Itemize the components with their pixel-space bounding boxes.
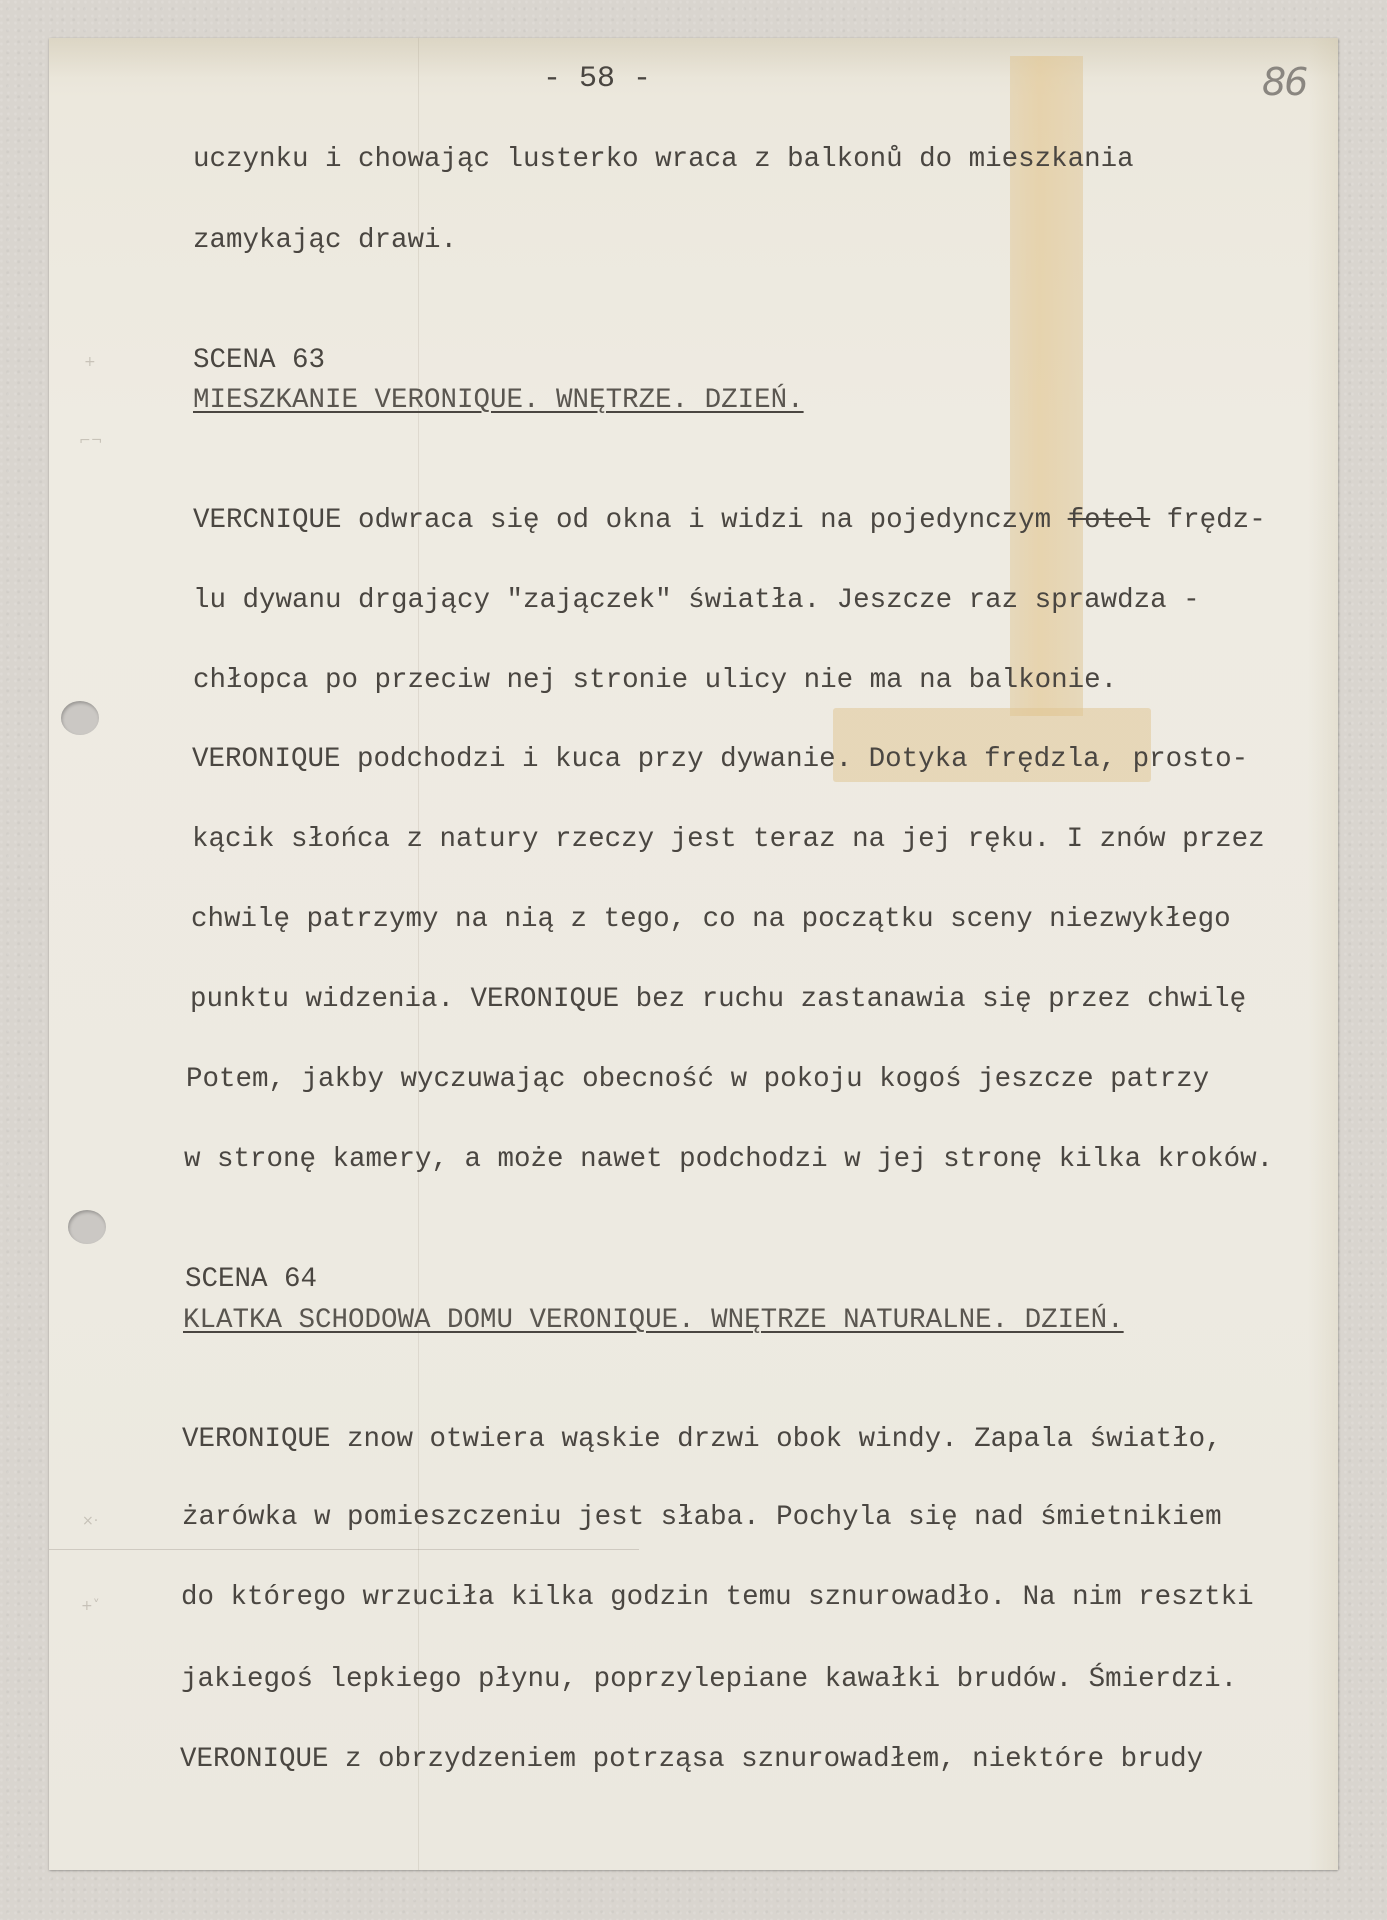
- scene-text-line: VERONIQUE z obrzydzeniem potrząsa sznuro…: [180, 1746, 1203, 1774]
- punch-hole-top: [61, 701, 99, 735]
- scene-text-line: w stronę kamery, a może nawet podchodzi …: [184, 1146, 1273, 1174]
- punch-hole-bottom: [68, 1210, 106, 1244]
- scene-text-line: VERCNIQUE odwraca się od okna i widzi na…: [193, 507, 1266, 535]
- scene-text-line: punktu widzenia. VERONIQUE bez ruchu zas…: [190, 986, 1246, 1014]
- scene-text-line: do którego wrzuciła kilka godzin temu sz…: [181, 1584, 1254, 1612]
- folio-number: 86: [1262, 60, 1306, 104]
- scene-heading: KLATKA SCHODOWA DOMU VERONIQUE. WNĘTRZE …: [183, 1307, 1124, 1335]
- scene-label: SCENA 64: [185, 1266, 317, 1294]
- line-text: VERCNIQUE odwraca się od okna i widzi na…: [193, 505, 1068, 536]
- margin-mark: +: [84, 354, 96, 370]
- struck-word: fotel: [1068, 505, 1151, 536]
- scene-text-line: jakiegoś lepkiego płynu, poprzylepiane k…: [181, 1666, 1237, 1694]
- scene-text-line: lu dywanu drgający "zajączek" światła. J…: [193, 587, 1200, 615]
- margin-mark: +˅: [81, 1598, 100, 1614]
- scene-text-line: chwilę patrzymy na nią z tego, co na poc…: [191, 906, 1231, 934]
- scene-text-line: VERONIQUE podchodzi i kuca przy dywanie.…: [192, 746, 1248, 774]
- paper-crease-horizontal: [49, 1549, 639, 1550]
- page-number: - 58 -: [543, 62, 651, 96]
- margin-mark: ⌐¬: [79, 433, 102, 449]
- scene-text-line: chłopca po przeciw nej stronie ulicy nie…: [193, 667, 1117, 695]
- line-text: frędz-: [1150, 505, 1266, 536]
- continuation-line: uczynku i chowając lusterko wraca z balk…: [193, 146, 1134, 174]
- scene-heading: MIESZKANIE VERONIQUE. WNĘTRZE. DZIEŃ.: [193, 387, 804, 415]
- scene-label: SCENA 63: [193, 347, 325, 375]
- scene-text-line: żarówka w pomieszczeniu jest słaba. Poch…: [182, 1504, 1222, 1532]
- margin-mark: ×·: [82, 1513, 98, 1529]
- typescript-page: + ⌐¬ ×· +˅ - 58 - 86 uczynku i chowając …: [49, 38, 1338, 1870]
- scene-text-line: VERONIQUE znow otwiera wąskie drzwi obok…: [182, 1426, 1222, 1454]
- scene-text-line: Potem, jakby wyczuwając obecność w pokoj…: [186, 1066, 1209, 1094]
- scene-text-line: kącik słońca z natury rzeczy jest teraz …: [192, 826, 1265, 854]
- continuation-line: zamykając drawi.: [193, 227, 457, 255]
